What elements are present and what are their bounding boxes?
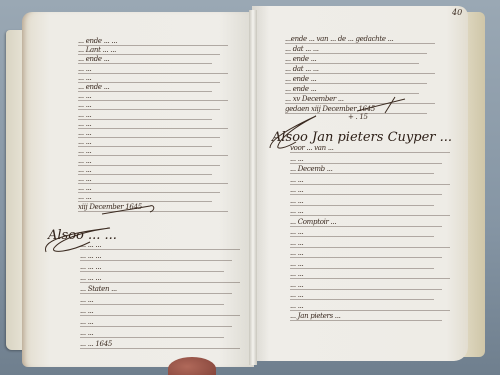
signature-underline-left [100,200,160,220]
ink-stroke [80,347,240,349]
ink-stroke [80,314,240,316]
ink-stroke [80,270,224,272]
ink-stroke [80,336,224,338]
thumb [168,357,216,375]
flourish-ornament-right [266,112,326,152]
ink-stroke [290,319,442,321]
page-number: 40 [452,8,462,17]
book-gutter [249,10,257,365]
ink-stroke [80,281,240,283]
ink-stroke [80,303,224,305]
flourish-ornament-left [40,222,120,262]
ink-stroke [80,325,232,327]
ink-stroke [80,292,232,294]
signature-underline-right [355,93,415,117]
